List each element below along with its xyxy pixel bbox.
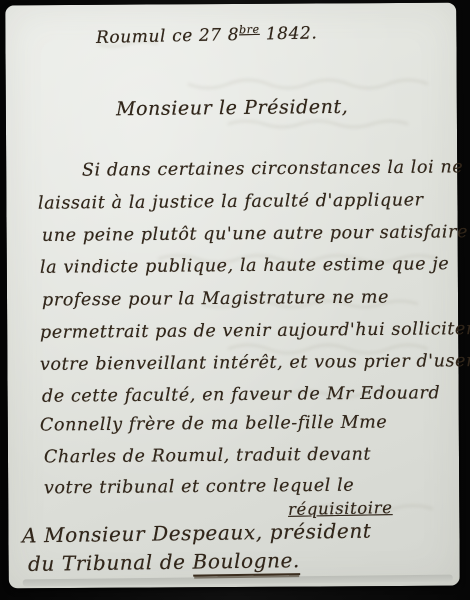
address-line-recipient: A Monsieur Despeaux, président xyxy=(22,519,372,548)
dateline-place-day: Roumul ce 27 8 xyxy=(96,25,240,48)
salutation: Monsieur le Président, xyxy=(116,96,349,120)
letter-line: Charles de Roumul, traduit devant xyxy=(44,445,371,468)
letter-line: votre bienveillant intérêt, et vous prie… xyxy=(40,351,470,375)
address-line-tribunal: du Tribunal de Boulogne. xyxy=(28,548,300,576)
letter-line: une peine plutôt qu'une autre pour satis… xyxy=(42,222,470,246)
catchword-requisitoire: réquisitoire xyxy=(288,498,393,519)
dateline: Roumul ce 27 8bre 1842. xyxy=(96,22,318,48)
dateline-year: 1842. xyxy=(260,23,318,44)
letter-line: Connelly frère de ma belle-fille Mme xyxy=(40,412,388,435)
address-tribunal-prefix: du Tribunal de xyxy=(28,550,193,576)
letter-line: la vindicte publique, la haute estime qu… xyxy=(40,254,449,278)
letter-line: votre tribunal et contre lequel le xyxy=(44,476,354,499)
letter-line: permettrait pas de venir aujourd'hui sol… xyxy=(40,319,470,343)
paper-bottom-edge xyxy=(23,575,453,587)
address-city-underlined: Boulogne. xyxy=(192,548,300,576)
letter-line: Si dans certaines circonstances la loi n… xyxy=(82,157,463,180)
letter-line: professe pour la Magistrature ne me xyxy=(42,287,389,310)
letter-line: laissait à la justice la faculté d'appli… xyxy=(38,190,424,213)
dateline-month-superscript: bre xyxy=(239,23,260,36)
letter-line: de cette faculté, en faveur de Mr Edouar… xyxy=(42,383,440,406)
letter-photo: { "document": { "kind": "handwritten let… xyxy=(0,0,470,600)
